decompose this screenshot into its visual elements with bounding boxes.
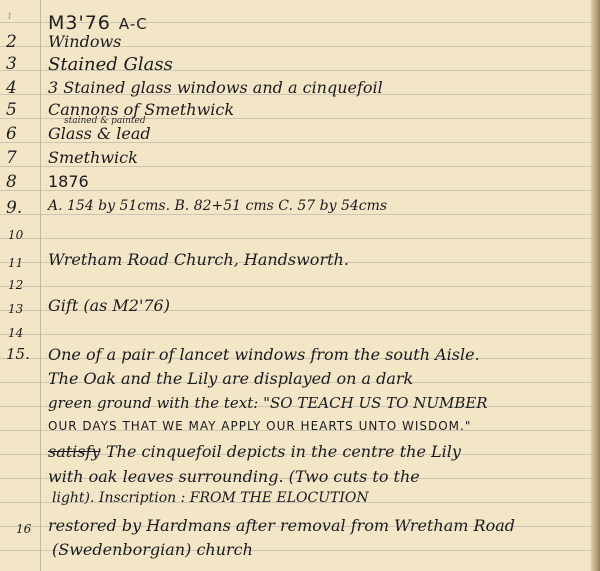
- entry-number: 8: [6, 172, 38, 192]
- item-range: A-C: [119, 15, 148, 33]
- header-row: 1 M3'76A-C: [0, 0, 590, 24]
- entry-row: 4 3 Stained glass windows and a cinquefo…: [0, 78, 590, 102]
- entry-text-line: The Oak and the Lily are displayed on a …: [48, 369, 413, 388]
- entry-continuation: with oak leaves surrounding. (Two cuts t…: [0, 467, 590, 491]
- entry-number: 2: [6, 32, 38, 52]
- entry-number: 16: [16, 522, 48, 536]
- entry-text: Windows: [48, 32, 121, 51]
- entry-number: 3: [6, 54, 38, 74]
- entry-text: 1876: [48, 172, 89, 191]
- entry-text-line: OUR DAYS THAT WE MAY APPLY OUR HEARTS UN…: [48, 419, 471, 433]
- entry-text: Gift (as M2'76): [48, 296, 170, 315]
- entry-row: 14: [0, 320, 590, 344]
- entry-row: 11 Wretham Road Church, Handsworth.: [0, 250, 590, 274]
- entry-row: 8 1876: [0, 172, 590, 196]
- struck-word: satisfy: [48, 442, 100, 461]
- entry-text: Glass & lead: [48, 124, 151, 143]
- entry-row: 13 Gift (as M2'76): [0, 296, 590, 320]
- entry-number: 9.: [6, 198, 38, 218]
- entry-text: Wretham Road Church, Handsworth.: [48, 250, 349, 269]
- ledger-page: 1 M3'76A-C 2 Windows 3 Stained Glass 4 3…: [0, 0, 600, 571]
- entry-text: A. 154 by 51cms. B. 82+51 cms C. 57 by 5…: [48, 198, 387, 214]
- entry-text: Stained Glass: [48, 54, 173, 75]
- entry-number: 7: [6, 148, 38, 168]
- entry-text: 3 Stained glass windows and a cinquefoil: [48, 78, 383, 97]
- entry-number: 12: [8, 278, 40, 292]
- entry-row: 2 Windows: [0, 32, 590, 56]
- entry-text-line: (Swedenborgian) church: [52, 540, 253, 559]
- entry-text-line: The cinquefoil depicts in the centre the…: [106, 442, 461, 461]
- entry-number: 6: [6, 124, 38, 144]
- entry-continuation: light). Inscription : FROM THE ELOCUTION: [0, 490, 590, 514]
- entry-continuation: OUR DAYS THAT WE MAY APPLY OUR HEARTS UN…: [0, 419, 590, 443]
- entry-row: 12: [0, 272, 590, 296]
- entry-number: 11: [8, 256, 40, 270]
- entry-continuation: The Oak and the Lily are displayed on a …: [0, 369, 590, 393]
- entry-continuation: satisfy The cinquefoil depicts in the ce…: [0, 442, 590, 466]
- entry-number: 5: [6, 100, 38, 120]
- entry-number: 13: [8, 302, 40, 316]
- entry-text-line: light). Inscription : FROM THE ELOCUTION: [52, 490, 369, 506]
- entry-number: 10: [8, 228, 40, 242]
- entry-text-line: green ground with the text: "SO TEACH US…: [48, 394, 488, 412]
- line-number: 1: [7, 12, 39, 21]
- entry-continuation: (Swedenborgian) church: [0, 540, 590, 564]
- entry-text-line: restored by Hardmans after removal from …: [48, 516, 515, 535]
- entry-row: 7 Smethwick: [0, 148, 590, 172]
- entry-row: 16 restored by Hardmans after removal fr…: [0, 516, 590, 540]
- entry-number: 14: [8, 326, 40, 340]
- entry-text-line: with oak leaves surrounding. (Two cuts t…: [48, 467, 420, 486]
- entry-row: 10: [0, 222, 590, 246]
- entry-number: 4: [6, 78, 38, 98]
- entry-row: 3 Stained Glass: [0, 54, 590, 78]
- entry-number: 15.: [6, 345, 38, 363]
- entry-continuation: green ground with the text: "SO TEACH US…: [0, 394, 590, 418]
- catalogue-reference: M3'76A-C: [48, 12, 148, 34]
- reference-code: M3'76: [48, 12, 111, 34]
- entry-row: 15. One of a pair of lancet windows from…: [0, 345, 590, 369]
- entry-text: Smethwick: [48, 148, 138, 167]
- entry-row: 9. A. 154 by 51cms. B. 82+51 cms C. 57 b…: [0, 198, 590, 222]
- entry-text-line: One of a pair of lancet windows from the…: [48, 345, 480, 364]
- entry-row: 6 stained & painted Glass & lead: [0, 124, 590, 148]
